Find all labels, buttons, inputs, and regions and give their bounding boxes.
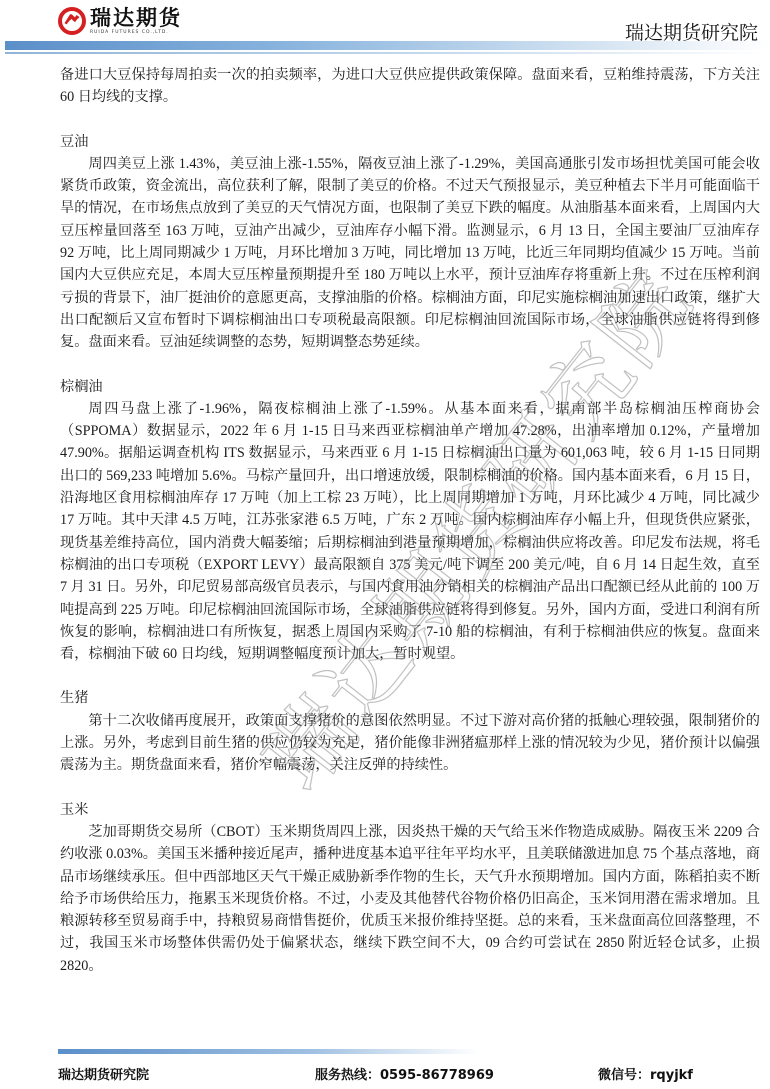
- section-paragraph: 周四马盘上涨了-1.96%，隔夜棕榈油上涨了-1.59%。从基本面来看，据南部半…: [60, 398, 760, 666]
- section-paragraph: 第十二次收储再度展开，政策面支撑猪价的意图依然明显。不过下游对高价猪的抵触心理较…: [60, 710, 760, 777]
- company-logo: 瑞达期货 RUIDA FUTURES CO.,LTD.: [58, 4, 182, 38]
- footer-divider-bar: [58, 1049, 478, 1054]
- logo-mark-icon: [58, 7, 86, 35]
- section-paragraph: 芝加哥期货交易所（CBOT）玉米期货周四上涨，因炎热干燥的天气给玉米作物造成威胁…: [60, 821, 760, 977]
- logo-chinese-name: 瑞达期货: [90, 7, 182, 29]
- footer-org: 瑞达期货研究院: [58, 1064, 149, 1083]
- logo-english-name: RUIDA FUTURES CO.,LTD.: [90, 29, 182, 36]
- header-divider-line: [5, 52, 770, 54]
- footer-hotline: 服务热线：0595-86778969: [315, 1064, 494, 1083]
- section-title: 生猪: [60, 687, 760, 709]
- footer-wechat: 微信号：rqyjkf: [598, 1064, 693, 1083]
- section-title: 玉米: [60, 799, 760, 821]
- page-header: 瑞达期货 RUIDA FUTURES CO.,LTD. 瑞达期货研究院: [0, 0, 770, 60]
- section-palm-oil: 棕榈油 周四马盘上涨了-1.96%，隔夜棕榈油上涨了-1.59%。从基本面来看，…: [60, 376, 760, 666]
- section-title: 豆油: [60, 131, 760, 153]
- section-soybean-oil: 豆油 周四美豆上涨 1.43%，美豆油上涨-1.55%，隔夜豆油上涨了-1.29…: [60, 131, 760, 354]
- section-title: 棕榈油: [60, 376, 760, 398]
- report-body: 备进口大豆保持每周拍卖一次的拍卖频率，为进口大豆供应提供政策保障。盘面来看，豆粕…: [60, 64, 760, 977]
- header-divider-bar: [5, 41, 770, 50]
- intro-paragraph: 备进口大豆保持每周拍卖一次的拍卖频率，为进口大豆供应提供政策保障。盘面来看，豆粕…: [60, 64, 760, 109]
- section-corn: 玉米 芝加哥期货交易所（CBOT）玉米期货周四上涨，因炎热干燥的天气给玉米作物造…: [60, 799, 760, 977]
- page-footer: 瑞达期货研究院 服务热线：0595-86778969 微信号：rqyjkf: [58, 1064, 718, 1086]
- section-live-hog: 生猪 第十二次收储再度展开，政策面支撑猪价的意图依然明显。不过下游对高价猪的抵触…: [60, 687, 760, 776]
- section-paragraph: 周四美豆上涨 1.43%，美豆油上涨-1.55%，隔夜豆油上涨了-1.29%，美…: [60, 153, 760, 354]
